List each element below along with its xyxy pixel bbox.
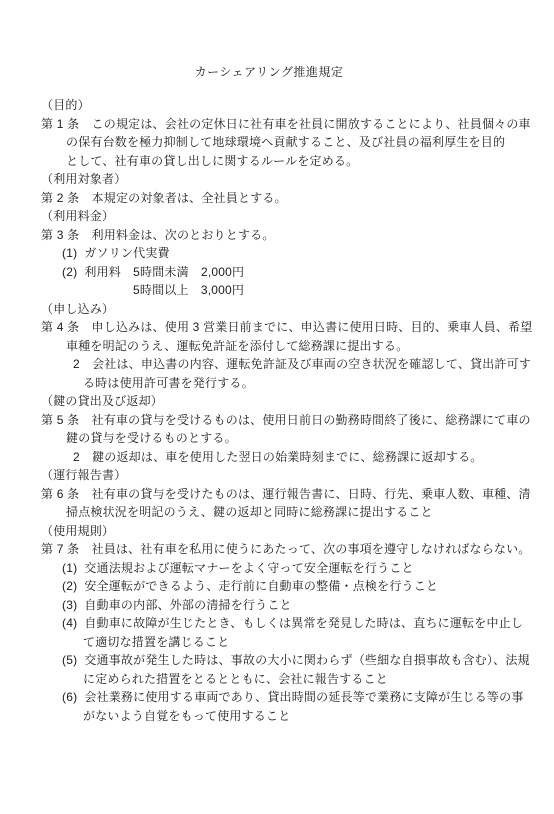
section-label: （運行報告書） xyxy=(0,466,554,485)
list-item: (4) 自動車に故障が生じたとき、もしくは異常を発見した時は、直ちに運転を中止し xyxy=(0,614,554,633)
list-item-continued: に定められた措置をとるとともに、会社に報告すること xyxy=(0,670,554,689)
section-label: （鍵の貸出及び返却） xyxy=(0,392,554,411)
article-text: 第 7 条 社員は、社有車を私用に使うにあたって、次の事項を遵守しなければならな… xyxy=(0,540,554,559)
section-label: （使用規則） xyxy=(0,522,554,541)
list-item: (3) 自動車の内部、外部の清掃を行うこと xyxy=(0,596,554,615)
list-item-continued: て適切な措置を講じること xyxy=(0,633,554,652)
article-text: 第 5 条 社有車の貸与を受けるものは、使用日前日の勤務時間終了後に、総務課にて… xyxy=(0,411,554,430)
article-text-continued: として、社有車の貸し出しに関するルールを定める。 xyxy=(0,152,554,171)
article-text-continued: 掃点検状況を明記のうえ、鍵の返却と同時に総務課に提出すること xyxy=(0,503,554,522)
sub-paragraph: 2 鍵の返却は、車を使用した翌日の始業時刻までに、総務課に返却する。 xyxy=(0,448,554,467)
list-item: (2) 安全運転ができるよう、走行前に自動車の整備・点検を行うこと xyxy=(0,577,554,596)
article-text: 第 2 条 本規定の対象者は、全社員とする。 xyxy=(0,189,554,208)
article-text: 第 1 条 この規定は、会社の定休日に社有車を社員に開放することにより、社員個々… xyxy=(0,115,554,134)
article-text-continued: の保有台数を極力抑制して地球環境へ貢献すること、及び社員の福利厚生を目的 xyxy=(0,133,554,152)
list-item-continued: がないよう自覚をもって使用すること xyxy=(0,707,554,726)
list-item: (5) 交通事故が発生した時は、事故の大小に関わらず（些細な自損事故も含む）、法… xyxy=(0,651,554,670)
section-label: （利用料金） xyxy=(0,207,554,226)
list-item: (6) 会社業務に使用する車両であり、貸出時間の延長等で業務に支障が生じる等の事 xyxy=(0,688,554,707)
section-label: （申し込み） xyxy=(0,300,554,319)
sub-paragraph-continued: る時は使用許可書を発行する。 xyxy=(0,374,554,393)
document-title: カーシェアリング推進規定 xyxy=(41,63,497,82)
price-continued-line: 5時間以上 3,000円 xyxy=(0,281,554,300)
article-text: 第 3 条 利用料金は、次のとおりとする。 xyxy=(0,226,554,245)
document-body: （目的）第 1 条 この規定は、会社の定休日に社有車を社員に開放することにより、… xyxy=(0,96,554,725)
section-label: （目的） xyxy=(0,96,554,115)
article-text-continued: 鍵の貸与を受けるものとする。 xyxy=(0,429,554,448)
article-text-continued: 車種を明記のうえ、運転免許証を添付して総務課に提出する。 xyxy=(0,337,554,356)
document-page: カーシェアリング推進規定 （目的）第 1 条 この規定は、会社の定休日に社有車を… xyxy=(0,0,554,814)
list-item: (1) 交通法規および運転マナーをよく守って安全運転を行うこと xyxy=(0,559,554,578)
section-label: （利用対象者） xyxy=(0,170,554,189)
sub-paragraph: 2 会社は、申込書の内容、運転免許証及び車両の空き状況を確認して、貸出許可す xyxy=(0,355,554,374)
list-item: (1) ガソリン代実費 xyxy=(0,244,554,263)
article-text: 第 4 条 申し込みは、使用 3 営業日前までに、申込書に使用日時、目的、乗車人… xyxy=(0,318,554,337)
list-item: (2) 利用料 5時間未満 2,000円 xyxy=(0,263,554,282)
article-text: 第 6 条 社有車の貸与を受けたものは、運行報告書に、日時、行先、乗車人数、車種… xyxy=(0,485,554,504)
